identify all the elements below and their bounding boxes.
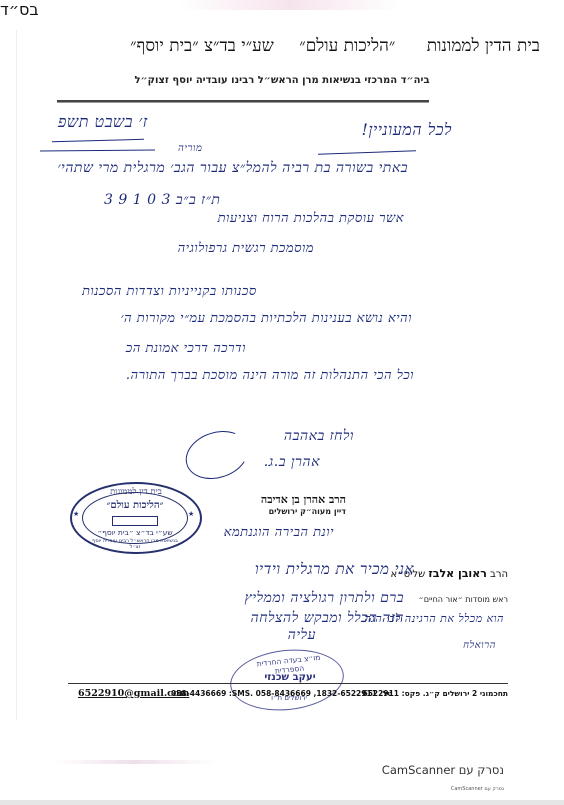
handwritten-note: יונת הבירה הוגנתמא [224,524,334,540]
handwritten-line: מוסמכת רגשית גרפולוגיה [178,240,314,256]
handwritten-signature: אהרן ב.ג. [264,454,320,471]
letterhead-title: בית הדין לממונות ״הליכות עולם״ שע״י בד״צ… [80,36,540,56]
footer-address: תחכמוני 2 ירושלים ק״ג. פקס: 6522911 [363,689,509,698]
scanned-document-page: בית הדין לממונות ״הליכות עולם״ שע״י בד״צ… [0,0,564,805]
handwritten-line: והיא נושא בענינות הלכתיות בהסמכת עמ״י מק… [121,310,412,326]
handwritten-line: ת״ז ב״ב 3 0 1 9 3 [104,192,220,209]
letterhead-subtitle: ביה״ד המרכזי בנשיאות מרן הראש״ל רבינו עו… [0,75,564,86]
court-stamp-bottom-text: שע״י בד״צ ״בית יוסף״ [90,528,180,537]
handwritten-recommendation: אני מכיר את מרגלית וידיו [255,560,414,579]
court-stamp-banner [112,516,158,526]
signatory-1-name: הרב אהרן בן אדיבה [261,493,346,506]
handwritten-line: ודרכה דרכי אמונת הכ [126,340,246,356]
handwritten-greeting: לכל המעוניין! [362,120,452,140]
star-icon: ★ [73,510,79,518]
page-edge [16,30,17,720]
scan-artifact [55,760,215,764]
handwritten-recommendation: ברם ולתרון רגולציה וממליץ [245,590,404,607]
handwritten-line: באתי בשורה בת רביה להמל״צ עבור הגב׳ מרגל… [57,160,408,177]
court-stamp-top-text: בית דין לממונות [96,486,176,497]
handwritten-line: סכנותו בקנייניות וצדדות הסכנות [82,283,257,299]
court-stamp-rim-text: בנשיאות מרן הראש״ל רבינו עובדיה יוסף זצ״… [90,538,180,550]
footer-phones: 058-4436669 :SMS. 058-8436669 ,טל׳ 1832-… [171,689,393,698]
header-divider-shadow [57,102,429,103]
date-underline [40,149,155,151]
signatory-1-title: דיין מעוה״ק ירושלים [269,507,346,516]
page-bottom-bar [0,800,564,805]
rabbi-stamp-name: יעקב שכנזי [250,672,330,683]
handwritten-line: אשר עוסקת בהלכות הרוח וצניעות [218,210,404,226]
handwritten-date: ז׳ בשבט תשפ [58,112,148,132]
handwritten-side-note: הוא מכלל את הרגינה לכ׳ הגה [364,612,504,625]
signatory-2-fullname: ראובן אלבז [428,567,487,580]
handwritten-closing: ולחז באהבה [284,428,354,445]
handwritten-insert: מוריה [178,143,202,154]
star-icon: ★ [188,510,194,518]
letterhead-court-brand: ״הליכות עולם״ [299,36,395,56]
scan-artifact [180,0,400,10]
footer-divider [68,683,508,684]
letterhead-court-name: בית הדין לממונות [427,36,540,56]
court-stamp-name: ״הליכות עולם״ [88,500,182,511]
greeting-underline [318,150,416,154]
signature-flourish [179,423,254,487]
date-underline [52,139,144,142]
letterhead-affiliation: שע״י בד״צ ״בית יוסף״ [130,36,274,56]
signatory-2-title: ראש מוסדות ״אור החיים״ [419,595,508,604]
signatory-2-prefix: הרב [490,569,508,580]
handwritten-line: וכל הכי התנהלות זה מורה הינה מוסכת בברך … [126,367,414,383]
camscanner-watermark: נסרק עם CamScanner [382,763,504,777]
handwritten-recommendation: עליה [288,627,316,644]
handwritten-signature: הרואלח [463,640,496,651]
camscanner-watermark-small: נסרק עם CamScanner [451,786,504,792]
